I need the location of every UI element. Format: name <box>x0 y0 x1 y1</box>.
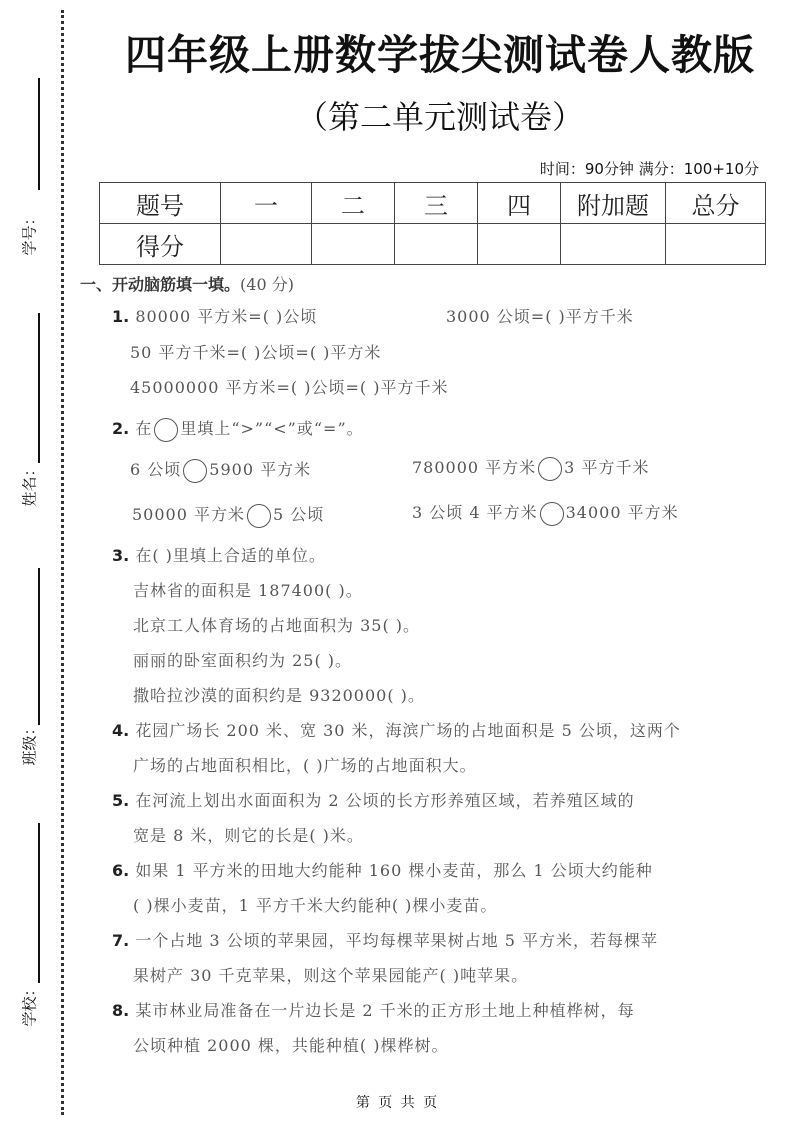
header-cell-part-4: 四 <box>478 183 561 224</box>
circle-icon <box>154 418 178 442</box>
question-8-number: 8. <box>112 1001 129 1020</box>
section-1-title: 一、开动脑筋填一填。 <box>80 275 240 294</box>
q2-item-1-right: 5900 平方米 <box>209 460 311 479</box>
header-cell-part-2: 二 <box>312 183 395 224</box>
comparison-circle-1[interactable] <box>183 459 207 483</box>
row-label-score: 得分 <box>100 224 221 265</box>
section-1-heading: 一、开动脑筋填一填。(40 分) <box>80 272 294 295</box>
question-5-line-2: 宽是 8 米，则它的长是( )米。 <box>133 823 364 846</box>
school-label: 学校： <box>19 1001 40 1027</box>
question-6-text-1: 如果 1 平方米的田地大约能种 160 棵小麦苗，那么 1 公顷大约能种 <box>135 861 652 880</box>
name-underline <box>38 313 40 463</box>
score-table-header-row: 题号 一 二 三 四 附加题 总分 <box>100 183 766 224</box>
question-2-item-2: 780000 平方米3 平方千米 <box>412 455 649 481</box>
score-cell-part-2[interactable] <box>312 224 395 265</box>
question-4-line-1: 4. 花园广场长 200 米、宽 30 米，海滨广场的占地面积是 5 公顷，这两… <box>112 718 681 741</box>
question-5-text-1: 在河流上划出水面面积为 2 公顷的长方形养殖区域，若养殖区域的 <box>135 791 634 810</box>
score-cell-part-1[interactable] <box>221 224 312 265</box>
page-number-footer: 第 页 共 页 <box>0 1092 793 1112</box>
comparison-circle-2[interactable] <box>538 457 562 481</box>
q2-item-3-right: 5 公顷 <box>273 505 324 524</box>
question-4-number: 4. <box>112 721 129 740</box>
question-3-item-4: 撒哈拉沙漠的面积约是 9320000( )。 <box>133 683 425 706</box>
q2-item-1-left: 6 公顷 <box>130 460 181 479</box>
question-3-intro: 3. 在( )里填上合适的单位。 <box>112 543 326 566</box>
q2-item-4-right: 34000 平方米 <box>566 503 679 522</box>
question-3-number: 3. <box>112 546 129 565</box>
question-3-item-2: 北京工人体育场的占地面积为 35( )。 <box>133 613 420 636</box>
school-underline <box>38 823 40 983</box>
question-2-intro: 2. 在里填上“>”“<”或“=”。 <box>112 416 364 442</box>
question-2-item-1: 6 公顷5900 平方米 <box>130 457 311 483</box>
question-8-line-1: 8. 某市林业局准备在一片边长是 2 千米的正方形土地上种植桦树，每 <box>112 998 635 1021</box>
question-1-text-a: 80000 平方米=( )公顷 <box>135 307 317 326</box>
class-underline <box>38 568 40 725</box>
comparison-circle-3[interactable] <box>247 504 271 528</box>
score-table: 题号 一 二 三 四 附加题 总分 得分 <box>99 182 766 265</box>
question-1-number: 1. <box>112 307 129 326</box>
q2-item-3-left: 50000 平方米 <box>132 505 245 524</box>
section-1-points: (40 分) <box>240 275 294 294</box>
question-1-line-1a: 1. 80000 平方米=( )公顷 <box>112 304 317 327</box>
score-cell-part-3[interactable] <box>395 224 478 265</box>
header-cell-part-3: 三 <box>395 183 478 224</box>
question-1-line-3: 45000000 平方米=( )公顷=( )平方千米 <box>130 375 448 398</box>
question-3-item-3: 丽丽的卧室面积约为 25( )。 <box>133 648 352 671</box>
q2-item-4-left: 3 公顷 4 平方米 <box>412 503 538 522</box>
question-7-number: 7. <box>112 931 129 950</box>
question-6-line-1: 6. 如果 1 平方米的田地大约能种 160 棵小麦苗，那么 1 公顷大约能种 <box>112 858 653 881</box>
question-4-line-2: 广场的占地面积相比，( )广场的占地面积大。 <box>133 753 477 776</box>
question-2-item-4: 3 公顷 4 平方米34000 平方米 <box>412 500 679 526</box>
question-3-item-1: 吉林省的面积是 187400( )。 <box>133 578 363 601</box>
question-3-intro-text: 在( )里填上合适的单位。 <box>135 546 326 565</box>
score-cell-part-4[interactable] <box>478 224 561 265</box>
question-1-line-2: 50 平方千米=( )公顷=( )平方米 <box>130 340 381 363</box>
question-6-number: 6. <box>112 861 129 880</box>
question-1-line-1b: 3000 公顷=( )平方千米 <box>446 304 634 327</box>
class-label: 班级： <box>19 740 40 766</box>
question-2-intro-b: 里填上“>”“<”或“=”。 <box>180 419 363 438</box>
exam-title: 四年级上册数学拔尖测试卷人教版 <box>100 22 780 81</box>
question-5-line-1: 5. 在河流上划出水面面积为 2 公顷的长方形养殖区域，若养殖区域的 <box>112 788 635 811</box>
header-cell-bonus: 附加题 <box>561 183 666 224</box>
question-6-line-2: ( )棵小麦苗，1 平方千米大约能种( )棵小麦苗。 <box>133 893 497 916</box>
question-2-item-3: 50000 平方米5 公顷 <box>132 502 324 528</box>
header-cell-part-1: 一 <box>221 183 312 224</box>
name-label: 姓名： <box>19 481 40 507</box>
score-table-score-row: 得分 <box>100 224 766 265</box>
score-cell-bonus[interactable] <box>561 224 666 265</box>
header-cell-total: 总分 <box>666 183 766 224</box>
question-5-number: 5. <box>112 791 129 810</box>
header-cell-question-number: 题号 <box>100 183 221 224</box>
student-id-label: 学号： <box>19 230 40 256</box>
q2-item-2-right: 3 平方千米 <box>564 458 649 477</box>
exam-subtitle: （第二单元测试卷） <box>100 92 780 138</box>
comparison-circle-4[interactable] <box>540 502 564 526</box>
question-8-text-1: 某市林业局准备在一片边长是 2 千米的正方形土地上种植桦树，每 <box>135 1001 634 1020</box>
question-7-line-1: 7. 一个占地 3 公顷的苹果园，平均每棵苹果树占地 5 平方米，若每棵苹 <box>112 928 658 951</box>
student-id-underline <box>38 78 40 190</box>
question-4-text-1: 花园广场长 200 米、宽 30 米，海滨广场的占地面积是 5 公顷，这两个 <box>135 721 681 740</box>
question-8-line-2: 公顷种植 2000 棵，共能种植( )棵桦树。 <box>133 1033 448 1056</box>
exam-time-score-info: 时间：90分钟 满分：100+10分 <box>540 158 759 179</box>
question-2-intro-a: 在 <box>135 419 152 438</box>
question-7-line-2: 果树产 30 千克苹果，则这个苹果园能产( )吨苹果。 <box>133 963 528 986</box>
binding-dotted-line <box>61 10 64 1115</box>
score-cell-total[interactable] <box>666 224 766 265</box>
question-7-text-1: 一个占地 3 公顷的苹果园，平均每棵苹果树占地 5 平方米，若每棵苹 <box>135 931 658 950</box>
question-2-number: 2. <box>112 419 129 438</box>
q2-item-2-left: 780000 平方米 <box>412 458 536 477</box>
